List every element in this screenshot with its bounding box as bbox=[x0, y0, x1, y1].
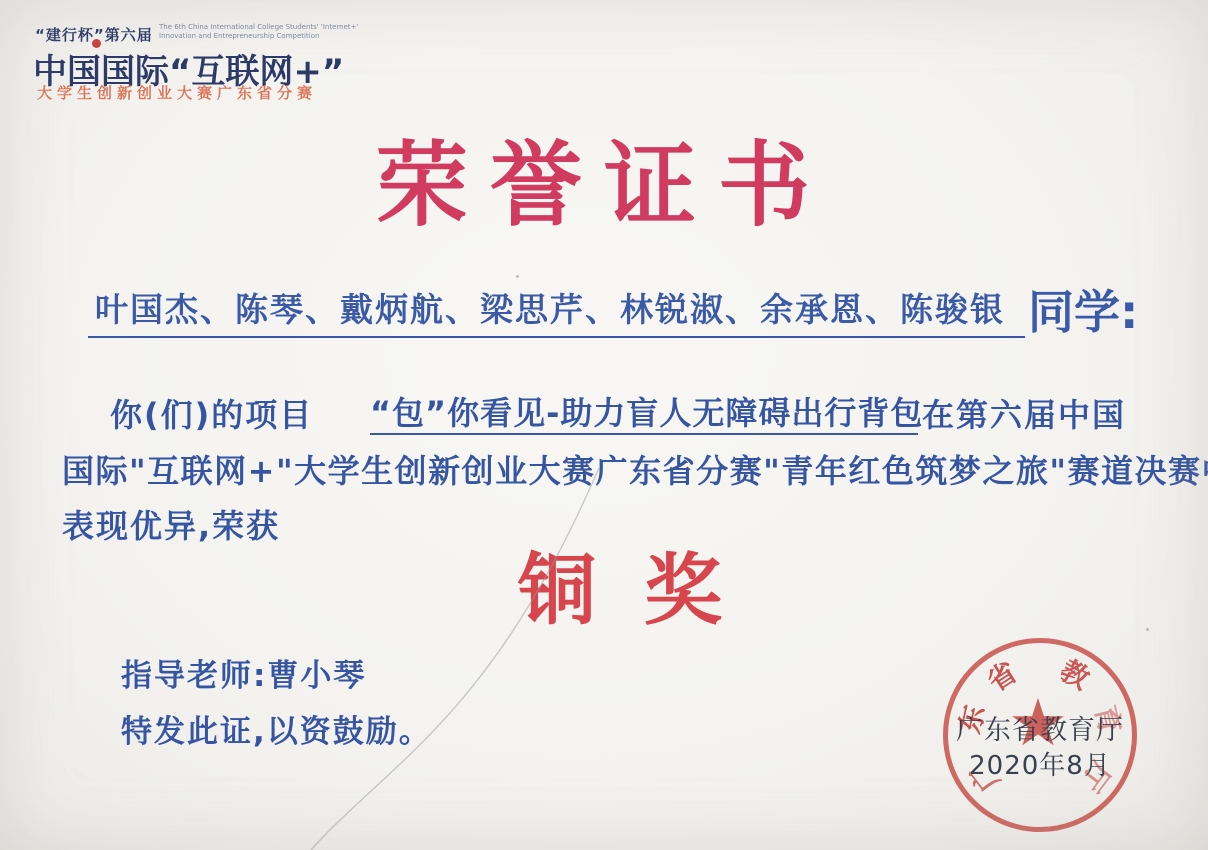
recipient-salutation: 同学: bbox=[1028, 276, 1138, 342]
body-line1-suffix: 在第六届中国 bbox=[922, 390, 1126, 436]
names-underline bbox=[88, 336, 1025, 338]
official-seal: 广 东 省 教 育 厅 广东省教育厅 2020年8月 bbox=[943, 638, 1137, 832]
certificate-title: 荣誉证书 bbox=[0, 112, 1208, 244]
recipient-names: 叶国杰、陈琴、戴炳航、梁思芹、林锐淑、余承恩、陈骏银 bbox=[95, 284, 1005, 331]
logo-english-line2: Innovation and Entrepreneurship Competit… bbox=[159, 32, 319, 40]
logo-red-dot-icon bbox=[92, 39, 101, 48]
logo-subtitle: 大学生创新创业大赛广东省分赛 bbox=[37, 82, 317, 103]
award-name: 铜奖 bbox=[518, 528, 770, 640]
body-line2: 国际"互联网+"大学生创新创业大赛广东省分赛"青年红色筑梦之旅"赛道决赛中 bbox=[62, 446, 1208, 492]
paper-speck bbox=[1146, 628, 1149, 631]
body-line3: 表现优异,荣获 bbox=[62, 501, 280, 547]
seal-date-text: 2020年8月 bbox=[943, 745, 1137, 782]
certificate-page: “建行杯”第六届 The 6th China International Col… bbox=[0, 0, 1208, 850]
seal-issuer-text: 广东省教育厅 bbox=[929, 708, 1151, 747]
project-underline bbox=[370, 433, 918, 435]
paper-speck bbox=[516, 275, 519, 278]
logo-english-text: The 6th China International College Stud… bbox=[159, 23, 374, 40]
closing-line: 特发此证,以资鼓励。 bbox=[121, 706, 432, 751]
project-name: “包”你看见-助力盲人无障碍出行背包 bbox=[370, 388, 918, 434]
logo-english-line1: The 6th China International College Stud… bbox=[159, 23, 358, 31]
body-intro: 你(们)的项目 bbox=[110, 390, 313, 436]
advisor-line: 指导老师:曹小琴 bbox=[121, 650, 366, 695]
